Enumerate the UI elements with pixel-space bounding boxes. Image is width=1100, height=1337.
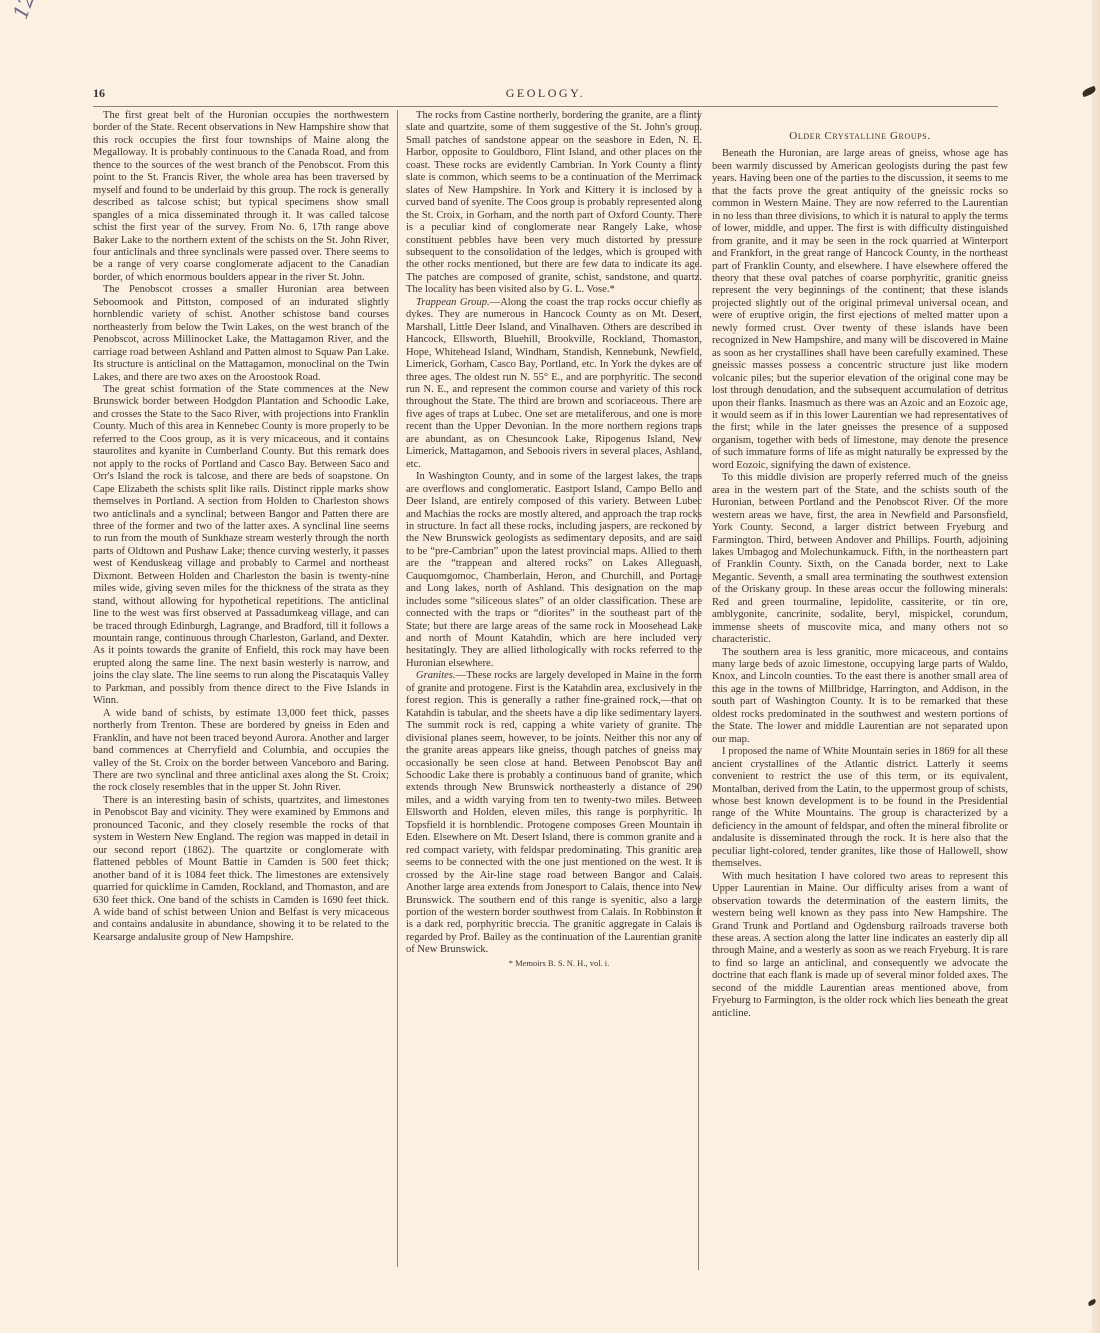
paragraph: The rocks from Castine northerly, border… (406, 110, 702, 297)
header-rule (93, 106, 998, 107)
section-heading: Older Crystalline Groups. (712, 130, 1008, 142)
running-head: 16 GEOLOGY. (93, 86, 998, 106)
paragraph: With much hesitation I have colored two … (712, 871, 1008, 1020)
running-title: GEOLOGY. (93, 86, 998, 101)
paragraph: A wide band of schists, by estimate 13,0… (93, 708, 389, 795)
paragraph-text: —These rocks are largely developed in Ma… (406, 670, 702, 955)
paragraph-text: —Along the coast the trap rocks occur ch… (406, 297, 702, 470)
run-in-heading: Trappean Group. (416, 297, 490, 308)
paragraph: The southern area is less granitic, more… (712, 647, 1008, 747)
page-bottom-edge (0, 1333, 1100, 1337)
run-in-heading: Granites. (416, 670, 456, 681)
paragraph-trappean-group: Trappean Group.—Along the coast the trap… (406, 297, 702, 471)
column-left: The first great belt of the Huronian occ… (93, 110, 389, 944)
paragraph: The Penobscot crosses a smaller Huronian… (93, 284, 389, 384)
footnote: * Memoirs B. S. N. H., vol. i. (406, 957, 702, 969)
column-divider (397, 110, 398, 1267)
paragraph: I proposed the name of White Mountain se… (712, 746, 1008, 871)
paragraph: The great schist formation of the State … (93, 384, 389, 708)
page-edge-shadow (1092, 0, 1100, 1337)
paragraph: Beneath the Huronian, are large areas of… (712, 148, 1008, 472)
paragraph-granites: Granites.—These rocks are largely develo… (406, 670, 702, 956)
handwritten-page-mark: 12 (8, 0, 39, 22)
paragraph: In Washington County, and in some of the… (406, 471, 702, 670)
paragraph: There is an interesting basin of schists… (93, 795, 389, 944)
paragraph: The first great belt of the Huronian occ… (93, 110, 389, 284)
column-middle: The rocks from Castine northerly, border… (406, 110, 702, 969)
paragraph: To this middle division are properly ref… (712, 472, 1008, 646)
text-columns: The first great belt of the Huronian occ… (93, 110, 1003, 1270)
column-right: Older Crystalline Groups. Beneath the Hu… (712, 130, 1008, 1020)
